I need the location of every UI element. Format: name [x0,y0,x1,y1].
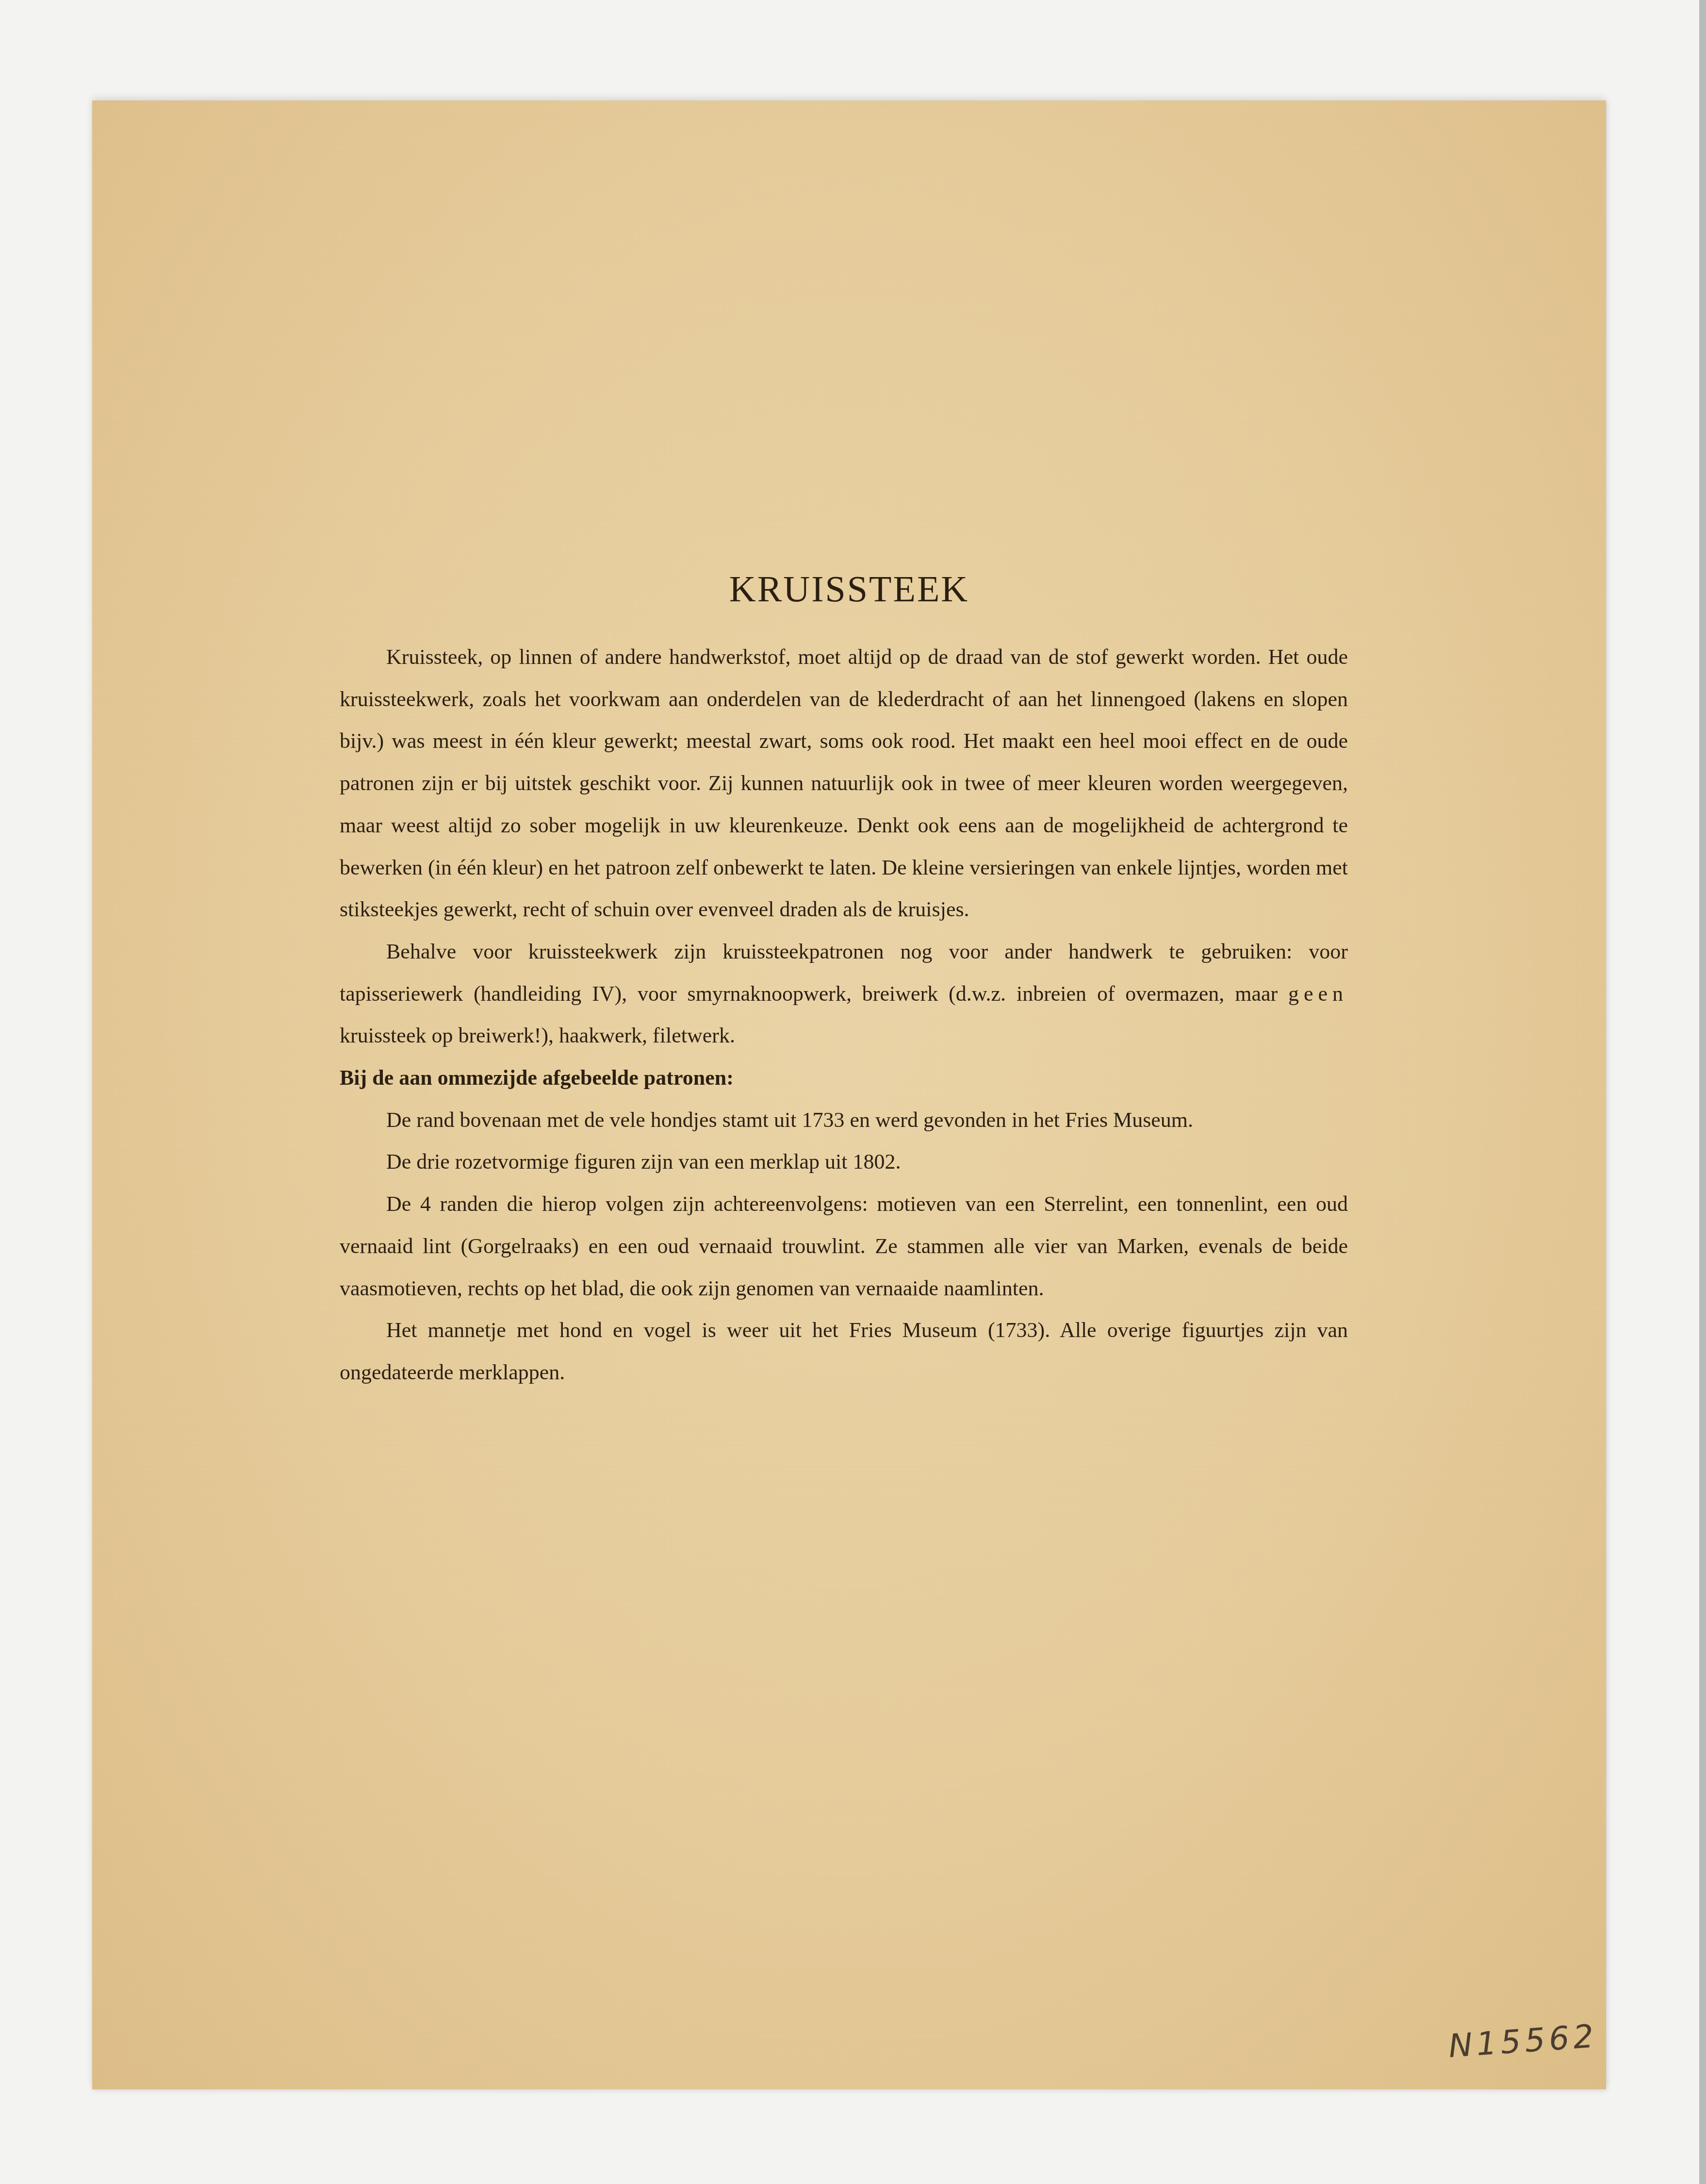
intro-paragraph: Kruissteek, op linnen of andere handwerk… [340,636,1348,931]
usage-paragraph-start: Behalve voor kruissteekwerk zijn kruisst… [340,940,1348,1006]
document-title: KRUISSTEEK [92,567,1606,611]
note-paragraph: De rand bovenaan met de vele hondjes sta… [340,1099,1348,1142]
document-body: Kruissteek, op linnen of andere handwerk… [340,636,1348,1394]
note-paragraph: Het mannetje met hond en vogel is weer u… [340,1309,1348,1393]
scan-edge-strip [1699,0,1706,2184]
usage-paragraph-end: kruissteek op breiwerk!), haakwerk, file… [340,1024,735,1047]
usage-paragraph: Behalve voor kruissteekwerk zijn kruisst… [340,931,1348,1057]
note-paragraph: De 4 randen die hierop volgen zijn achte… [340,1183,1348,1309]
patterns-subheading: Bij de aan ommezijde afgebeelde patronen… [340,1057,1348,1099]
emphasis-geen: geen [1288,982,1348,1006]
note-paragraph: De drie rozetvormige figuren zijn van ee… [340,1141,1348,1183]
inventory-number-handwritten: N15562 [1447,2017,1599,2065]
paper-sheet: KRUISSTEEK Kruissteek, op linnen of ande… [92,100,1606,2089]
